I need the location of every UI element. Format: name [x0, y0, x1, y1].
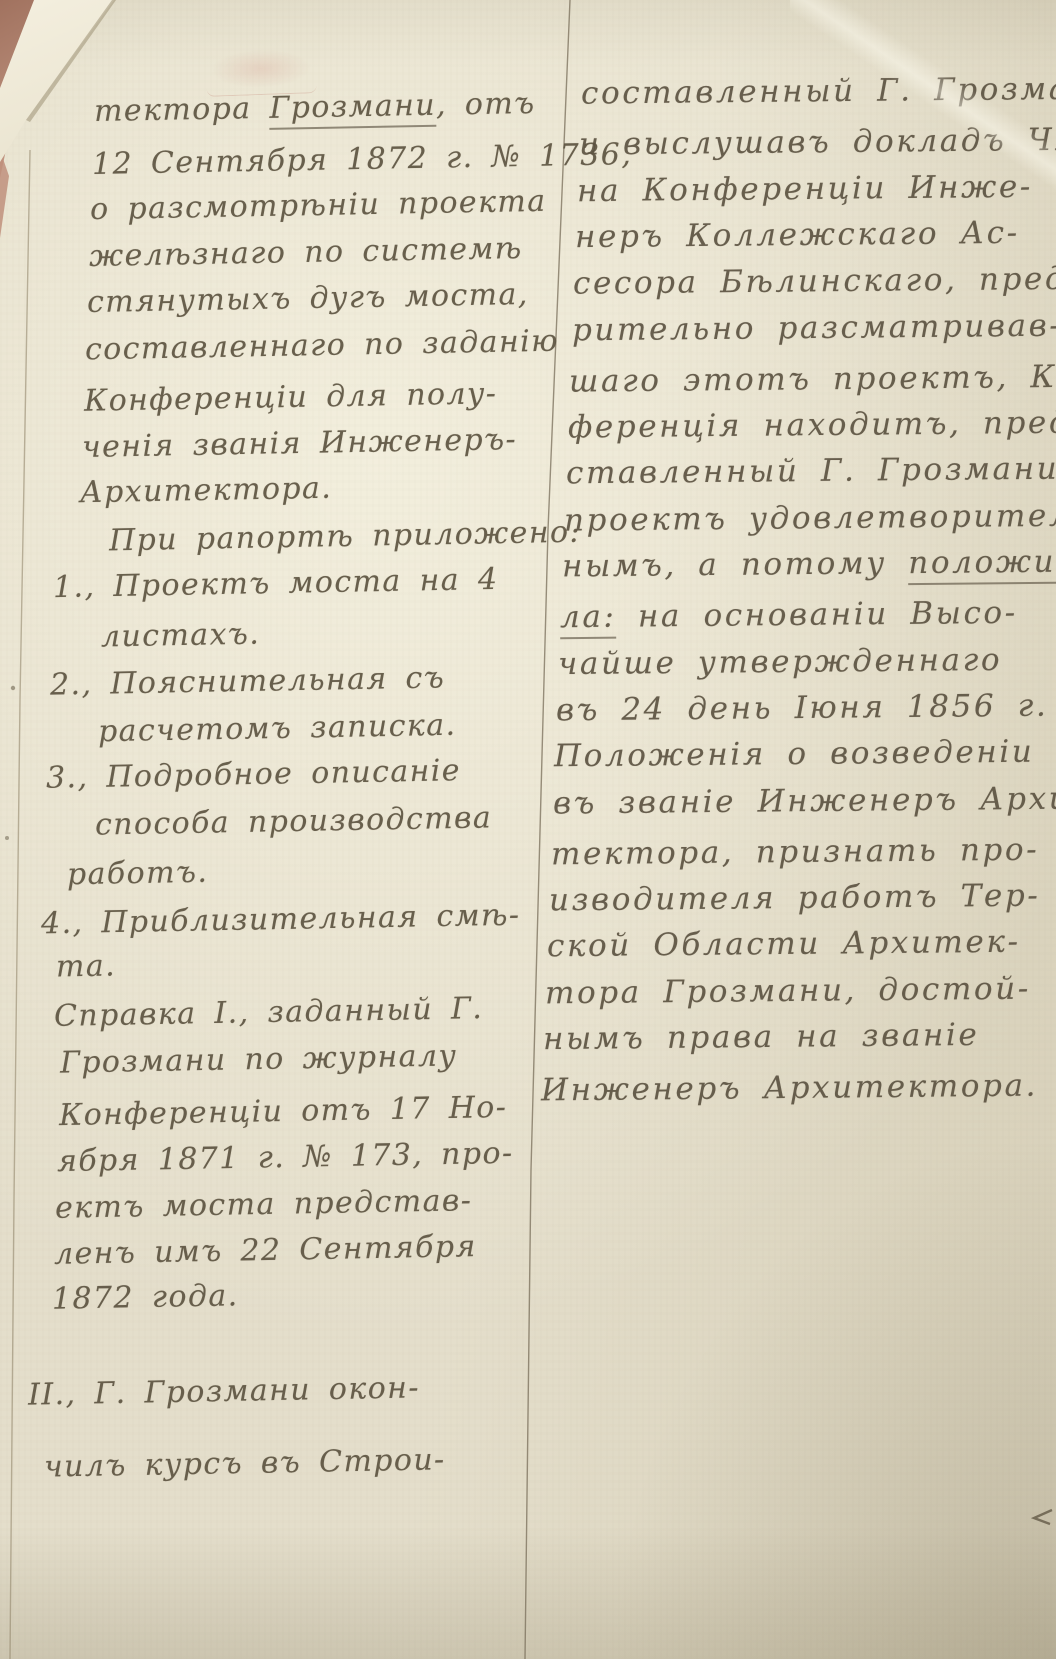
manuscript-line: та. [55, 951, 116, 982]
manuscript-line: и выслушавъ докладъ Чле- [579, 125, 1056, 161]
manuscript-line: 1872 года. [52, 1281, 239, 1314]
manuscript-line-underlined: нымъ, а потому положи- [562, 547, 1056, 583]
manuscript-line: 2., Пояснительная съ [49, 664, 445, 701]
manuscript-line: о разсмотрѣніи проекта [90, 187, 547, 225]
manuscript-line-underlined: ла: на основаніи Высо- [560, 598, 1018, 633]
manuscript-line: Архитектора. [80, 473, 333, 508]
manuscript-line: составленный Г. Грозмани [581, 73, 1056, 109]
manuscript-line: шаго этотъ проектъ, Кон- [569, 361, 1056, 397]
manuscript-line: ставленный Г. Грозмани [566, 454, 1056, 490]
manuscript-line: ченія званія Инженеръ- [82, 425, 518, 463]
manuscript-line: ября 1871 г. № 173, про- [57, 1139, 514, 1177]
manuscript-line: рительно разсматривав- [571, 310, 1056, 346]
manuscript-line: въ званіе Инженеръ Архи- [552, 783, 1056, 819]
manuscript-line: проектъ удовлетворитель- [564, 500, 1056, 536]
manuscript-line: чайше утвержденнаго [558, 644, 1002, 679]
manuscript-line-underlined: тектора Грозмани, отъ [93, 89, 535, 127]
manuscript-line: стянутыхъ дугъ моста, [87, 280, 529, 318]
manuscript-line: въ 24 день Іюня 1856 г. [556, 691, 1049, 727]
manuscript-line: тора Грозмани, достой- [545, 973, 1031, 1009]
manuscript-line: 1., Проектъ моста на 4 [53, 565, 499, 603]
manuscript-line: 4., Приблизительная смѣ- [41, 901, 521, 940]
manuscript-line: Инженеръ Архитектора. [541, 1071, 1038, 1107]
manuscript-line: листахъ. [101, 619, 261, 652]
underlined-word: положи- [908, 544, 1056, 586]
manuscript-line: Справка I., заданный Г. [54, 994, 484, 1032]
underlined-word: Грозмани [269, 88, 436, 130]
manuscript-line: ской Области Архитек- [547, 927, 1021, 963]
manuscript-line: на Конференціи Инже- [577, 171, 1033, 206]
underlined-word: ла: [560, 599, 617, 640]
manuscript-line: нымъ права на званіе [543, 1020, 980, 1055]
manuscript-line: ектъ моста представ- [55, 1186, 473, 1224]
archival-photo: тектора Грозмани, отъ12 Сентября 1872 г.… [0, 0, 1056, 1659]
manuscript-line: II., Г. Грозмани окон- [28, 1373, 420, 1410]
manuscript-line: составленнаго по заданію [85, 327, 559, 366]
manuscript-line: работъ. [67, 857, 209, 890]
manuscript-line: ленъ имъ 22 Сентября [53, 1233, 476, 1271]
manuscript-line: Положенія о возведеніи [554, 737, 1035, 773]
manuscript-line: изводителя работъ Тер- [549, 881, 1041, 917]
manuscript-line: тектора, признать про- [550, 834, 1038, 870]
manuscript-line: При рапортѣ приложено: [108, 518, 580, 557]
manuscript-line: чилъ курсъ въ Строи- [44, 1446, 446, 1483]
manuscript-line: неръ Коллежскаго Ас- [575, 218, 1020, 253]
manuscript-line: расчетомъ записка. [98, 711, 457, 748]
manuscript-line: ференція находитъ, пред- [567, 408, 1056, 444]
manuscript-line: желѣзнаго по системѣ [88, 234, 522, 272]
manuscript-line: Конференціи отъ 17 Но- [58, 1092, 507, 1130]
manuscript-line: Конференціи для полу- [83, 379, 497, 417]
manuscript-line: 3., Подробное описаніе [46, 757, 461, 795]
manuscript-line: сесора Бѣлинскаго, предва- [573, 264, 1056, 300]
manuscript-line: способа производства [95, 803, 493, 840]
manuscript-line: Грозмани по журналу [60, 1041, 458, 1078]
